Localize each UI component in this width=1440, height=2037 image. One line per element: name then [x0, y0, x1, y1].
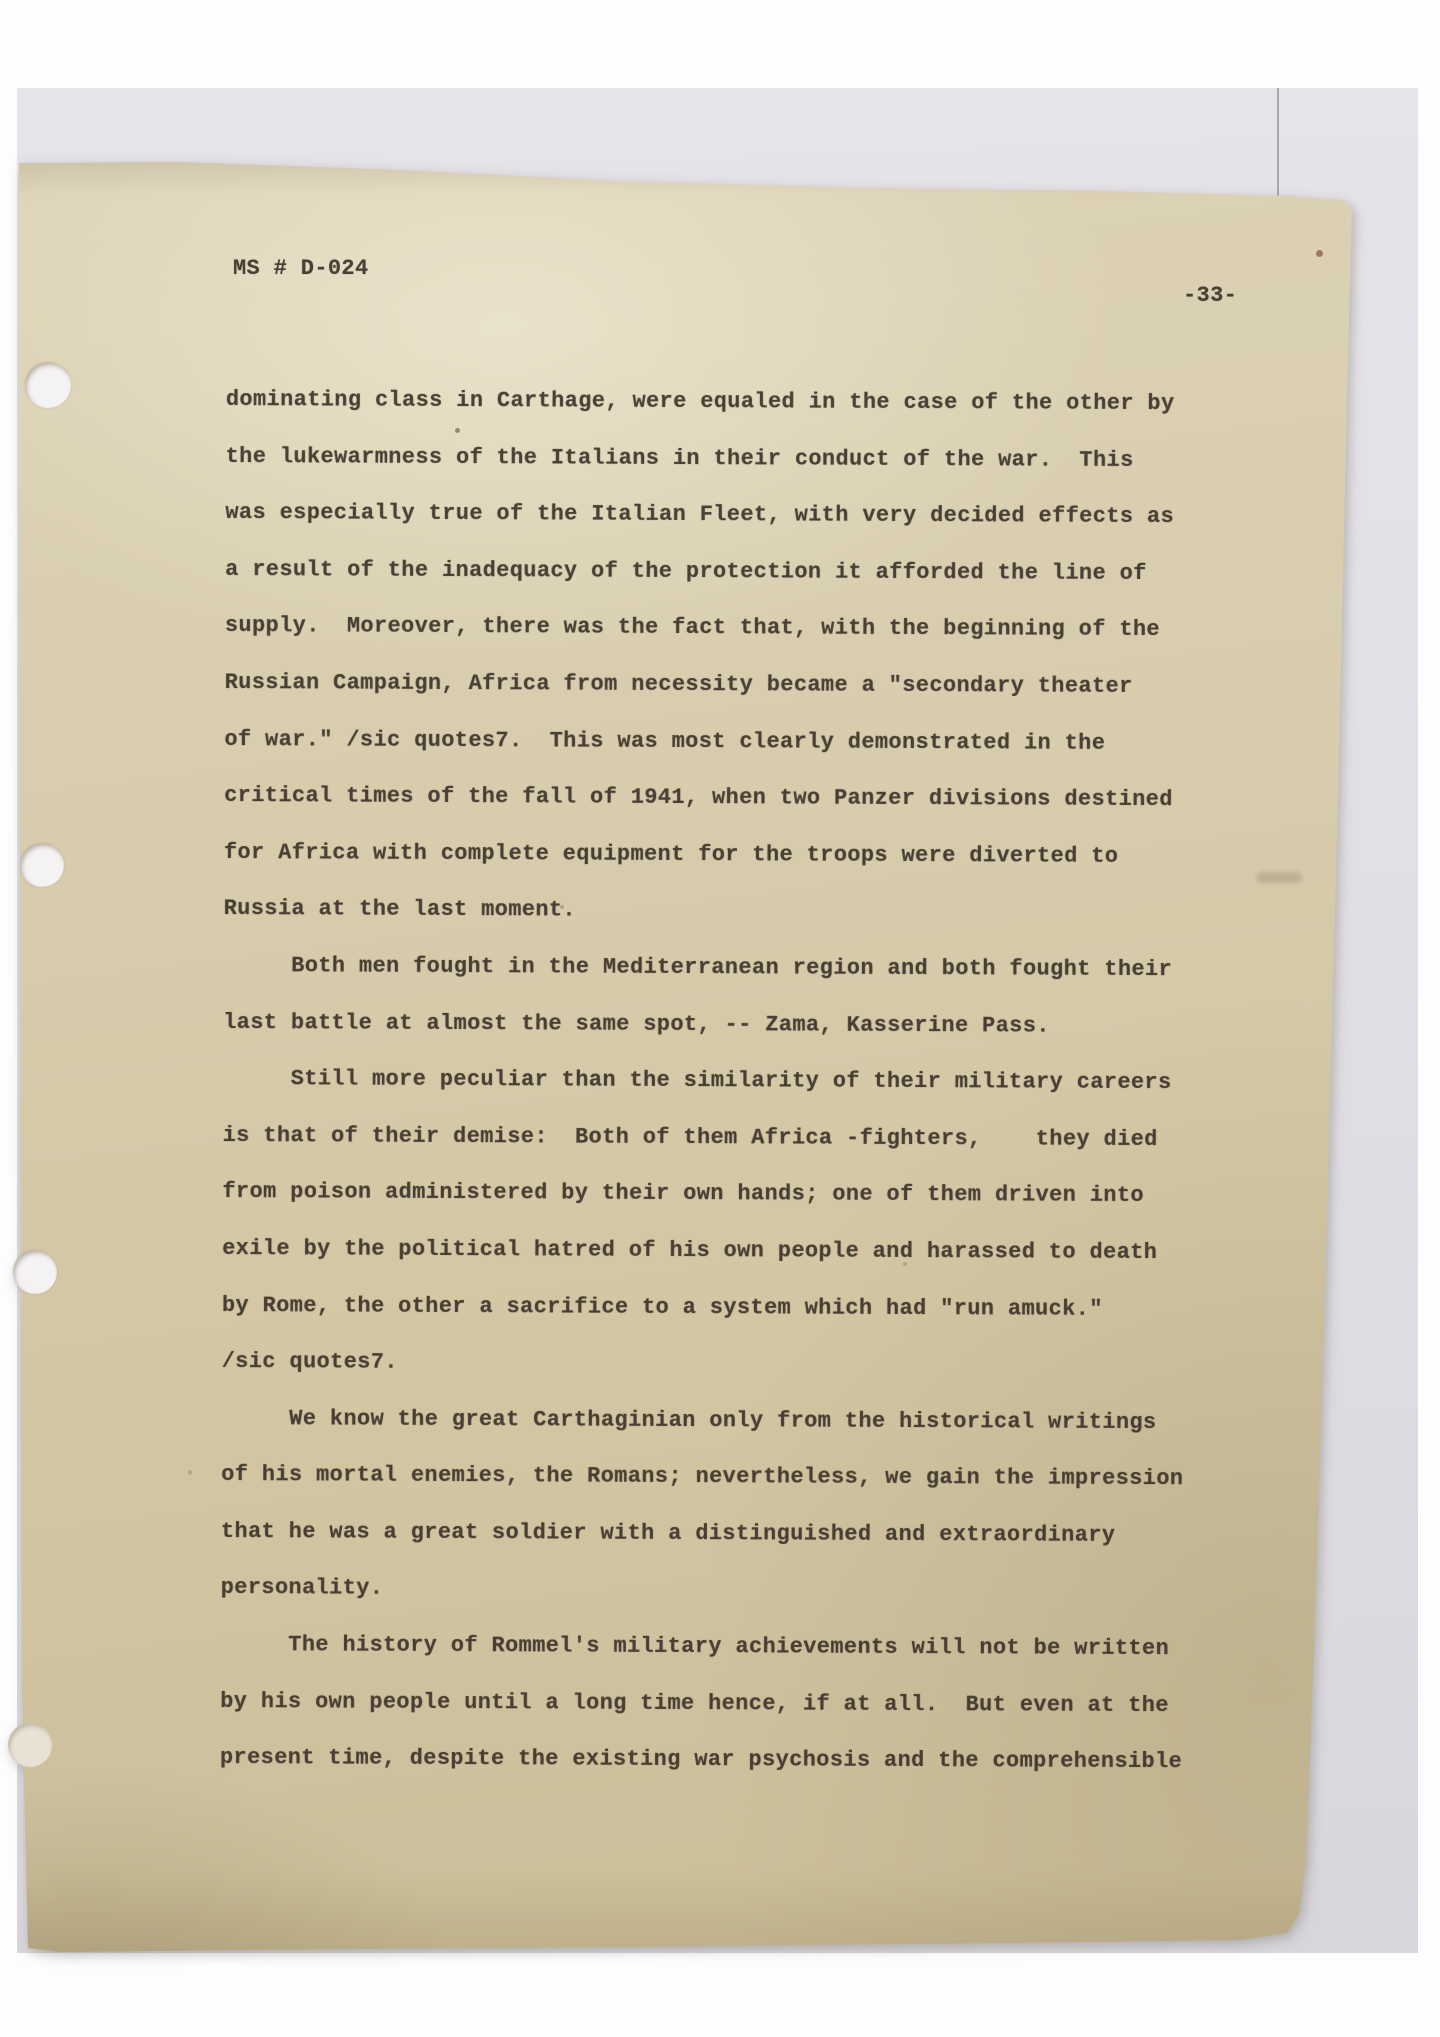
paper-speck [903, 1262, 907, 1266]
punch-hole [25, 362, 71, 408]
typed-line: Russian Campaign, Africa from necessity … [225, 655, 1245, 716]
typed-line: critical times of the fall of 1941, when… [224, 768, 1244, 829]
typed-line: is that of their demise: Both of them Af… [223, 1108, 1243, 1169]
punch-hole [20, 843, 64, 887]
typed-line: a result of the inadequacy of the protec… [225, 542, 1245, 603]
typed-line: Still more peculiar than the similarity … [223, 1051, 1243, 1112]
typed-text-block: dominating class in Carthage, were equal… [220, 372, 1246, 1791]
punch-hole [13, 1250, 57, 1294]
punch-hole [8, 1723, 52, 1767]
typed-line: of war." /sic quotes7. This was most cle… [224, 712, 1244, 773]
typed-line: dominating class in Carthage, were equal… [226, 372, 1246, 433]
typed-line: The history of Rommel's military achieve… [220, 1617, 1240, 1678]
paper-speck [188, 1470, 192, 1475]
typed-line: the lukewarmness of the Italians in thei… [226, 429, 1246, 490]
paper-smudge [1256, 872, 1302, 883]
typed-line: for Africa with complete equipment for t… [224, 825, 1244, 886]
typed-line: that he was a great soldier with a disti… [221, 1504, 1241, 1565]
typed-line: last battle at almost the same spot, -- … [223, 995, 1243, 1056]
typed-line: present time, despite the existing war p… [220, 1730, 1240, 1791]
typed-line: by his own people until a long time henc… [220, 1674, 1240, 1735]
paper-speck [560, 905, 564, 909]
typed-line: supply. Moreover, there was the fact tha… [225, 598, 1245, 659]
page-number: -33- [1183, 283, 1237, 308]
scan-background: MS # D-024 -33- dominating class in Cart… [0, 0, 1440, 2037]
typed-line: Russia at the last moment. [224, 881, 1244, 942]
typed-line: of his mortal enemies, the Romans; never… [221, 1447, 1241, 1508]
manuscript-id: MS # D-024 [233, 256, 369, 281]
paper-speck [455, 428, 460, 433]
typed-line: personality. [221, 1560, 1241, 1621]
paper-speck [1316, 250, 1323, 257]
typed-line: from poison administered by their own ha… [222, 1164, 1242, 1225]
typed-line: Both men fought in the Mediterranean reg… [223, 938, 1243, 999]
typed-line: by Rome, the other a sacrifice to a syst… [222, 1277, 1242, 1338]
page-wrapper: MS # D-024 -33- dominating class in Cart… [0, 0, 1440, 2037]
typed-line: We know the great Carthaginian only from… [221, 1391, 1241, 1452]
typed-line: exile by the political hatred of his own… [222, 1221, 1242, 1282]
typed-line: /sic quotes7. [222, 1334, 1242, 1395]
typed-line: was especially true of the Italian Fleet… [225, 485, 1245, 546]
